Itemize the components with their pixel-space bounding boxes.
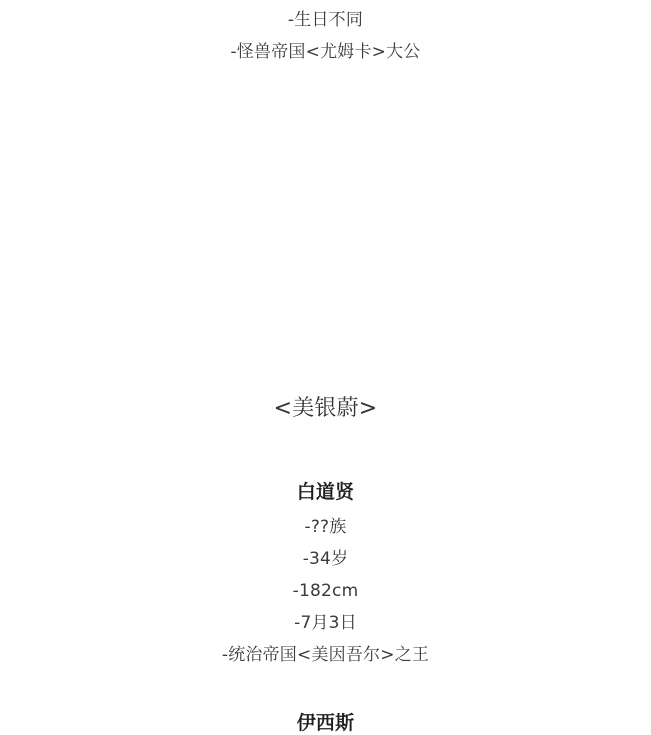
detail-birthday: -7月3日 xyxy=(0,612,651,634)
detail-race: -??族 xyxy=(0,516,651,538)
detail-age: -34岁 xyxy=(0,548,651,570)
detail-height: -182cm xyxy=(0,580,651,602)
character-name: 伊西斯 xyxy=(0,711,651,735)
detail-title: -统治帝国<美因吾尔>之王 xyxy=(0,644,651,666)
character-name: 白道贤 xyxy=(0,480,651,504)
detail-birthday: -生日不同 xyxy=(0,9,651,31)
detail-title: -怪兽帝国<尤姆卡>大公 xyxy=(0,41,651,63)
section-title: <美银蔚> xyxy=(0,395,651,423)
